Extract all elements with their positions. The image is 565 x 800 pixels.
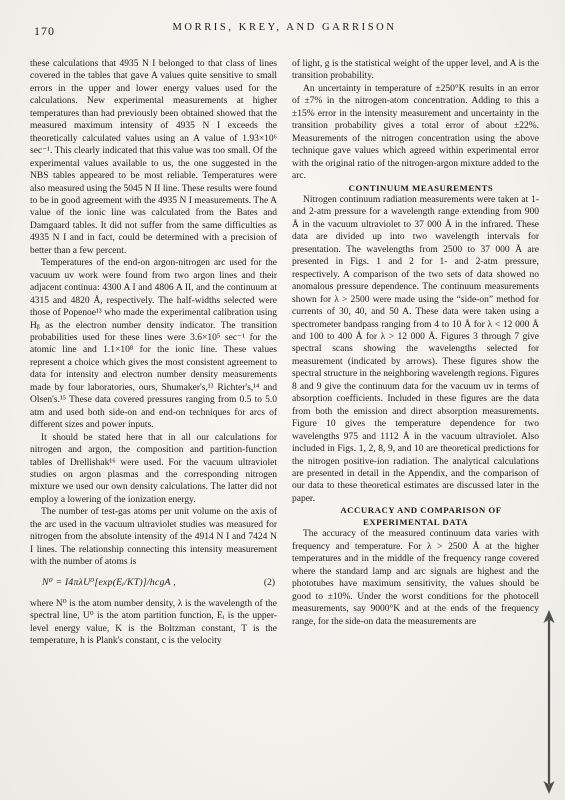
page-header: 170 MORRIS, KREY, AND GARRISON — [30, 20, 539, 42]
paragraph-continuation: of light, g is the statistical weight of… — [292, 58, 539, 83]
paragraph-continuation: these calculations that 4935 N I belonge… — [30, 58, 277, 257]
running-head: MORRIS, KREY, AND GARRISON — [30, 20, 539, 33]
margin-double-arrow-icon — [542, 610, 556, 794]
equation-number: (2) — [264, 577, 277, 589]
paragraph: Nitrogen continuum radiation measurement… — [292, 194, 539, 505]
journal-page: 170 MORRIS, KREY, AND GARRISON these cal… — [0, 0, 565, 800]
right-column: of light, g is the statistical weight of… — [292, 58, 539, 648]
left-column: these calculations that 4935 N I belonge… — [30, 58, 277, 648]
equation-body: N⁰ = I4πλU⁰[exp(Eᵢ/KT)]/hcgA , — [42, 577, 176, 589]
paragraph: The number of test-gas atoms per unit vo… — [30, 506, 277, 568]
equation-2: N⁰ = I4πλU⁰[exp(Eᵢ/KT)]/hcgA , (2) — [30, 577, 277, 589]
paragraph: The accuracy of the measured continuum d… — [292, 528, 539, 628]
section-heading-continuum-measurements: CONTINUUM MEASUREMENTS — [292, 183, 539, 195]
paragraph: An uncertainty in temperature of ±250°K … — [292, 83, 539, 183]
two-column-body: these calculations that 4935 N I belonge… — [30, 58, 539, 648]
page-number: 170 — [34, 24, 55, 39]
paragraph: where N⁰ is the atom number density, λ i… — [30, 598, 277, 648]
section-heading-accuracy-comparison: ACCURACY AND COMPARISON OF EXPERIMENTAL … — [292, 505, 539, 528]
paragraph: It should be stated here that in all our… — [30, 432, 277, 507]
paragraph: Temperatures of the end-on argon-nitroge… — [30, 257, 277, 431]
